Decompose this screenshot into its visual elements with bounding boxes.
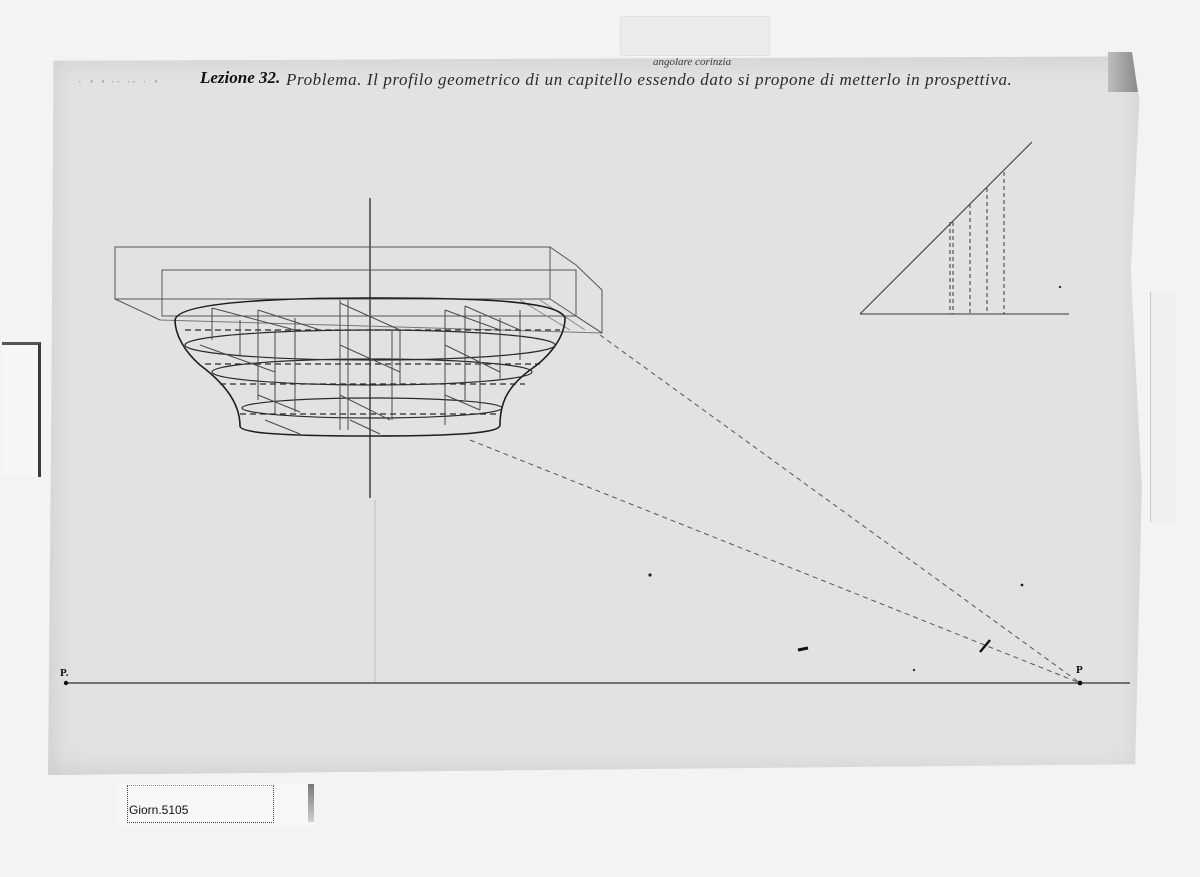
archive-label: Giorn.5105 — [117, 783, 313, 827]
label-shadow — [308, 784, 314, 822]
point-label-left: P. — [60, 667, 68, 679]
archive-number: Giorn.5105 — [129, 803, 188, 817]
perspective-drawing — [0, 0, 1200, 877]
point-label-right: P — [1076, 664, 1083, 676]
